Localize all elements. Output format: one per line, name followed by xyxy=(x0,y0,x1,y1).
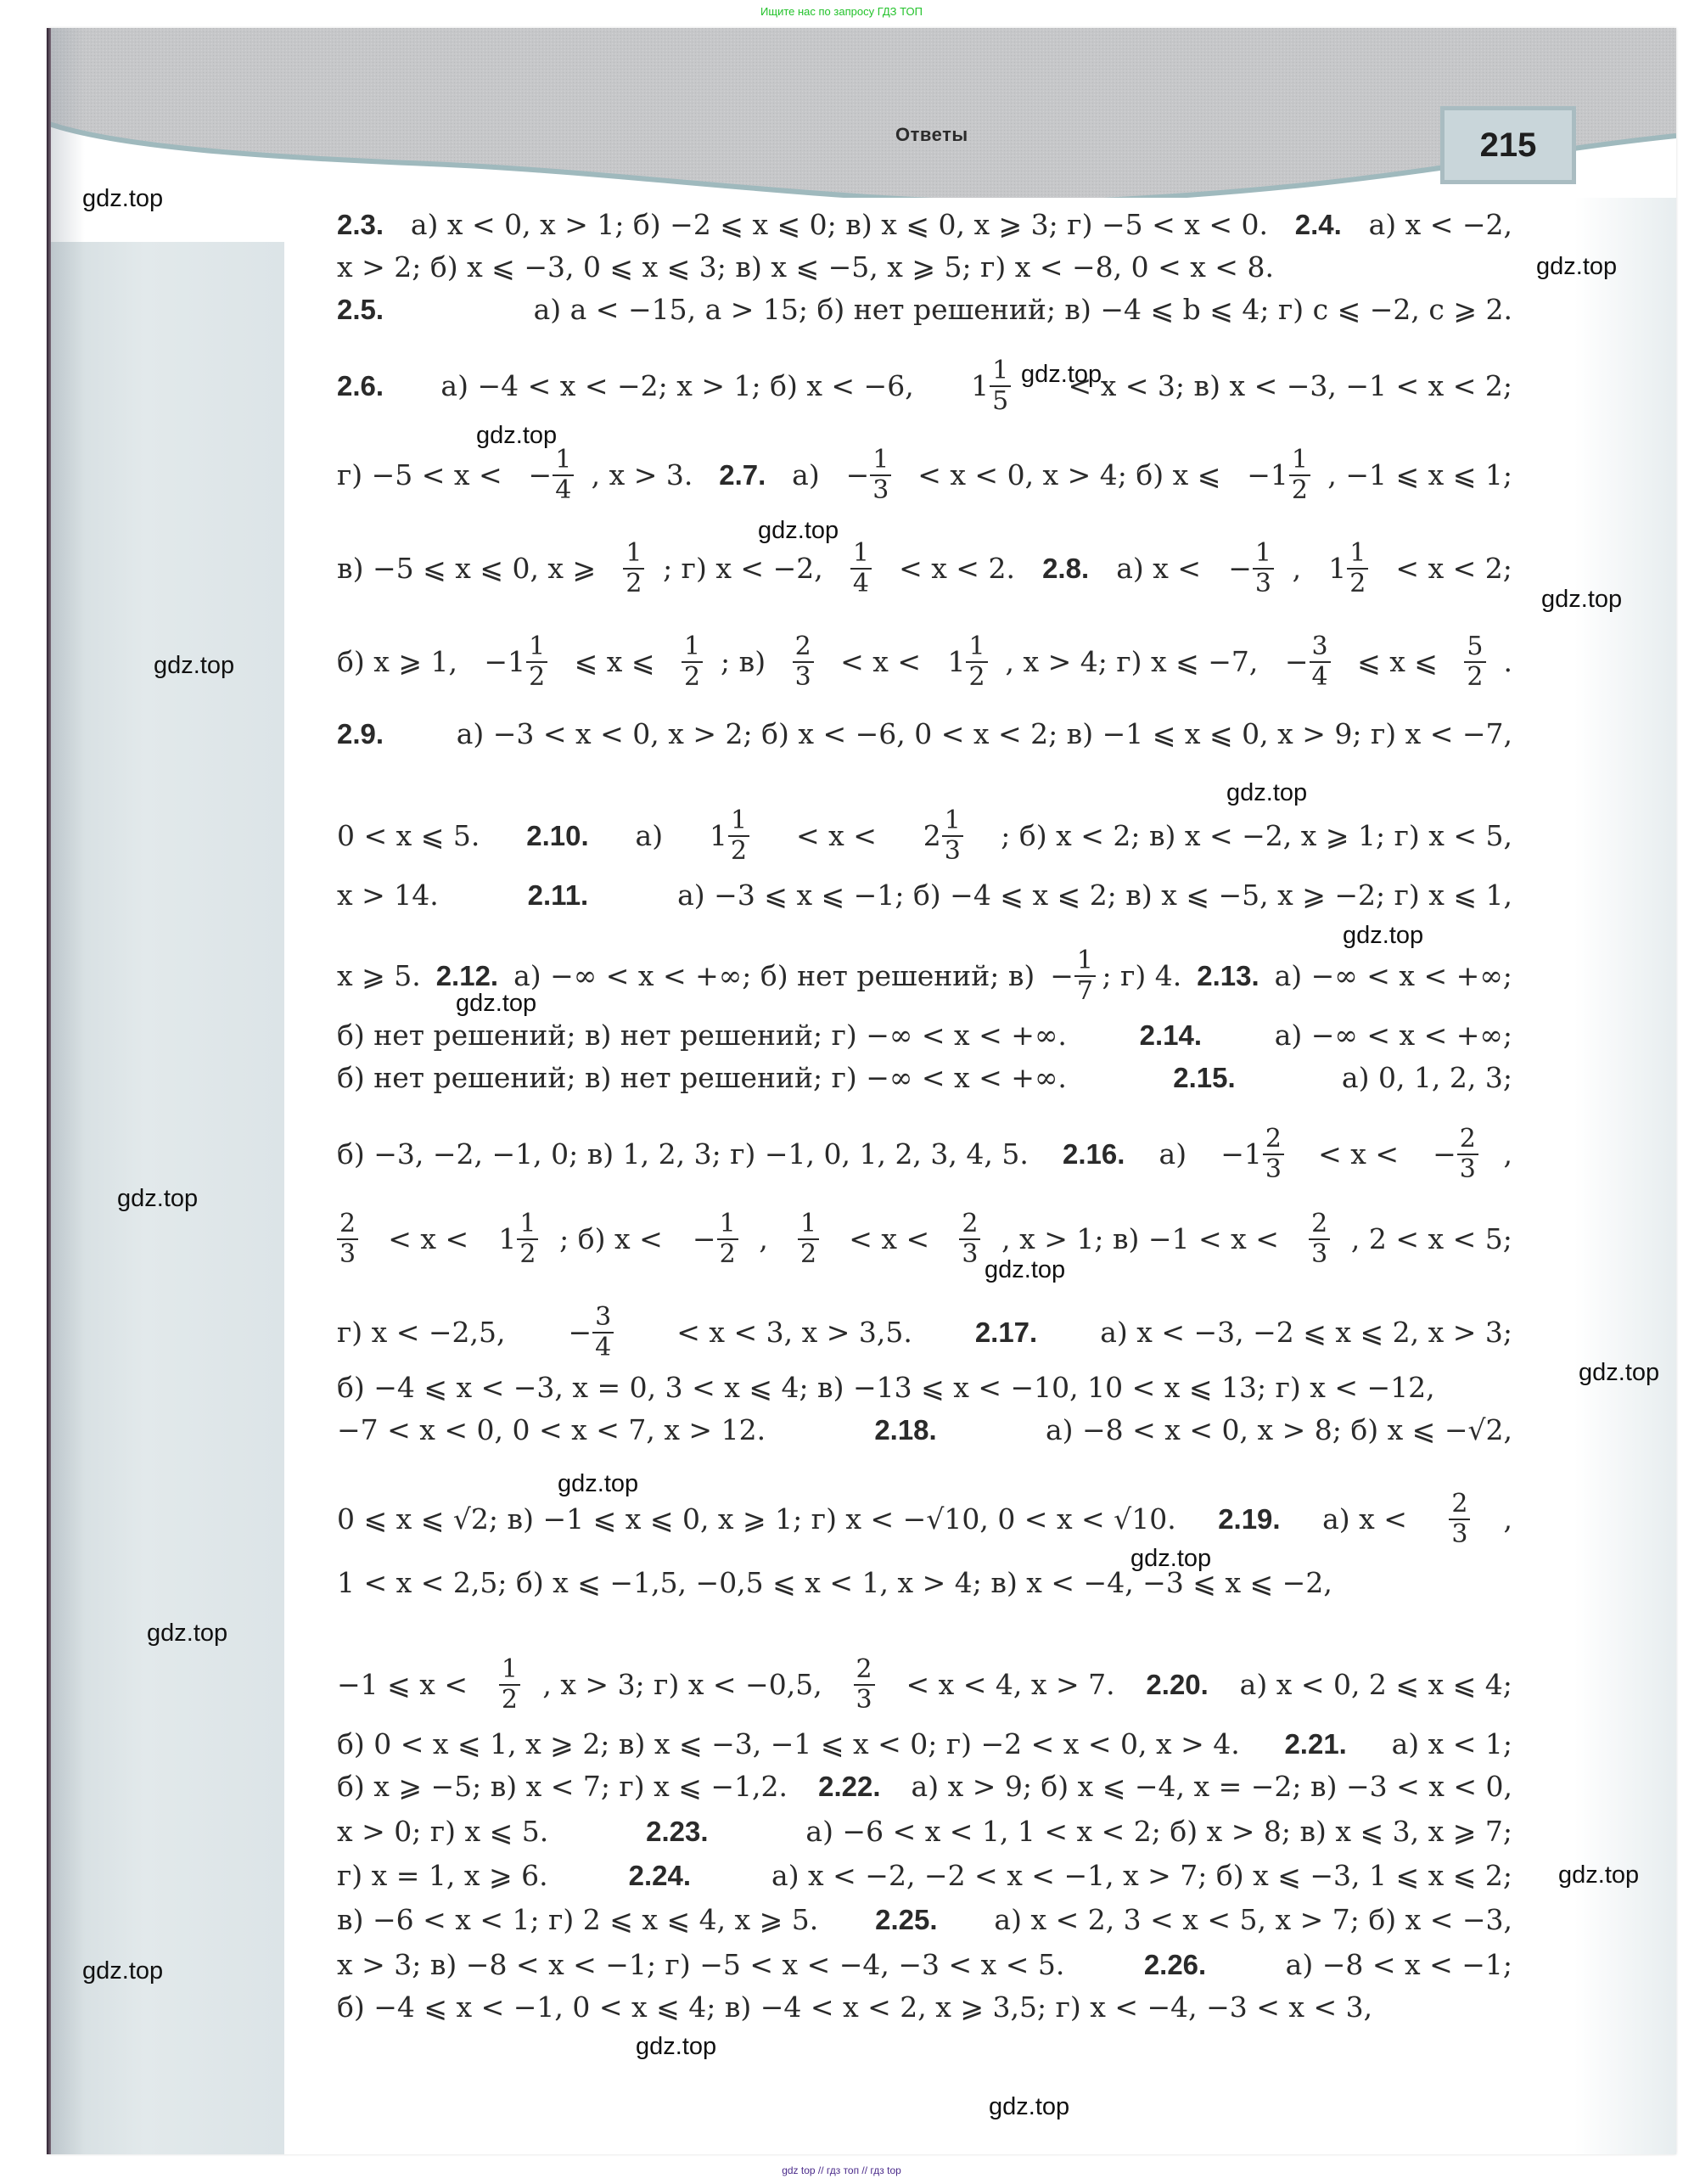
fraction: −123 xyxy=(1220,1125,1284,1184)
answer-text: , x > 4; г) x ⩽ −7, xyxy=(1006,645,1267,679)
fraction: 14 xyxy=(850,539,872,598)
fraction: −34 xyxy=(1285,632,1331,692)
answer-line: б) −3, −2, −1, 0; в) 1, 2, 3; г) −1, 0, … xyxy=(337,1125,1512,1184)
answer-line: x > 3; в) −8 < x < −1; г) −5 < x < −4, −… xyxy=(337,1948,1512,1982)
answer-text: < x < 3; в) x < −3, −1 < x < 2; xyxy=(1059,369,1512,403)
answer-text: г) x = 1, x ⩾ 6. xyxy=(337,1859,557,1893)
problem-number: 2.6. xyxy=(337,369,384,403)
watermark-text: gdz.top xyxy=(1558,1861,1639,1889)
fraction: 12 xyxy=(798,1210,819,1269)
answer-line: 2.9. а) −3 < x < 0, x > 2; б) x < −6, 0 … xyxy=(337,717,1512,751)
problem-number: 2.14. xyxy=(1140,1019,1202,1053)
answer-text: , −1 ⩽ x ⩽ 1; xyxy=(1327,458,1512,492)
problem-number: 2.7. xyxy=(719,458,766,492)
answer-text: а) xyxy=(1150,1137,1196,1171)
problem-number: 2.26. xyxy=(1144,1948,1206,1982)
answer-text: а) a < −15, a > 15; б) нет решений; в) −… xyxy=(525,293,1512,327)
answer-line: 0 ⩽ x ⩽ √2; в) −1 ⩽ x ⩽ 0, x ⩾ 1; г) x <… xyxy=(337,1490,1512,1549)
answer-line: 23 < x < 112; б) x < −12, 12 < x < 23, x… xyxy=(337,1210,1512,1269)
answer-text: а) −8 < x < −1; xyxy=(1276,1948,1512,1982)
answer-text: < x < xyxy=(379,1222,478,1256)
answer-text: а) −∞ < x < +∞; б) нет решений; в) xyxy=(505,959,1044,993)
answer-text: < x < 2. xyxy=(890,552,1024,586)
fraction: 12 xyxy=(682,632,703,692)
problem-number: 2.8. xyxy=(1042,552,1089,586)
answer-text: < x < 4, x > 7. xyxy=(897,1668,1124,1702)
answer-text: ⩽ x ⩽ xyxy=(565,645,664,679)
watermark-text: gdz.top xyxy=(1579,1359,1659,1387)
answer-text: г) −5 < x < xyxy=(337,458,511,492)
bottom-notice: gdz top // гдз топ // гдз top xyxy=(0,2164,1683,2176)
answer-text: ; б) x < 2; в) x < −2, x ⩾ 1; г) x < 5, xyxy=(1001,819,1512,853)
problem-number: 2.20. xyxy=(1146,1668,1208,1702)
answer-line: б) −4 ⩽ x < −1, 0 < x ⩽ 4; в) −4 < x < 2… xyxy=(337,1990,1512,2024)
watermark-text: gdz.top xyxy=(82,1957,163,1985)
fraction: 23 xyxy=(854,1655,875,1715)
fraction: 23 xyxy=(959,1210,980,1269)
answer-line: 2.5. а) a < −15, a > 15; б) нет решений;… xyxy=(337,293,1512,327)
answer-text: а) −∞ < x < +∞; xyxy=(1265,959,1512,993)
answer-line: б) x ⩾ −5; в) x < 7; г) x ⩽ −1,2. 2.22. … xyxy=(337,1770,1512,1804)
answer-text: < x < xyxy=(840,1222,939,1256)
answer-text: а) x < 0, x > 1; б) −2 ⩽ x ⩽ 0; в) x ⩽ 0… xyxy=(401,208,1276,242)
answer-line: б) −4 ⩽ x < −3, x = 0, 3 < x ⩽ 4; в) −13… xyxy=(337,1371,1512,1405)
answer-line: 2.3. а) x < 0, x > 1; б) −2 ⩽ x ⩽ 0; в) … xyxy=(337,208,1512,242)
problem-number: 2.23. xyxy=(646,1815,708,1849)
watermark-text: gdz.top xyxy=(558,1470,638,1498)
problem-number: 2.15. xyxy=(1173,1061,1235,1095)
answer-text: 0 < x ⩽ 5. xyxy=(337,819,489,853)
answer-text: ; г) 4. xyxy=(1102,959,1191,993)
fraction: −112 xyxy=(1247,446,1310,505)
answer-text: б) 0 < x ⩽ 1, x ⩾ 2; в) x ⩽ −3, −1 ⩽ x <… xyxy=(337,1727,1248,1761)
answer-text: б) −4 ⩽ x < −1, 0 < x ⩽ 4; в) −4 < x < 2… xyxy=(337,1990,1372,2024)
answer-line: −7 < x < 0, 0 < x < 7, x > 12. 2.18. а) … xyxy=(337,1413,1512,1447)
answer-text: а) x > 9; б) x ⩽ −4, x = −2; в) −3 < x <… xyxy=(902,1770,1512,1804)
problem-number: 2.17. xyxy=(975,1316,1037,1350)
fraction: 112 xyxy=(710,806,749,866)
answer-line: x > 2; б) x ⩽ −3, 0 ⩽ x ⩽ 3; в) x ⩽ −5, … xyxy=(337,250,1512,284)
problem-number: 2.24. xyxy=(629,1859,691,1893)
answer-line: в) −6 < x < 1; г) 2 ⩽ x ⩽ 4, x ⩾ 5. 2.25… xyxy=(337,1903,1512,1937)
answer-text: а) −6 < x < 1, 1 < x < 2; б) x > 8; в) x… xyxy=(797,1815,1512,1849)
page-header-band xyxy=(47,28,1676,198)
fraction: −112 xyxy=(484,632,547,692)
fraction: −13 xyxy=(846,446,892,505)
answer-text: , xyxy=(759,1222,777,1256)
problem-number: 2.13. xyxy=(1197,959,1259,993)
answer-text: в) −6 < x < 1; г) 2 ⩽ x ⩽ 4, x ⩾ 5. xyxy=(337,1903,827,1937)
answer-text: −7 < x < 0, 0 < x < 7, x > 12. xyxy=(337,1413,775,1447)
watermark-text: gdz.top xyxy=(117,1185,198,1213)
fraction: 23 xyxy=(337,1210,358,1269)
problem-number: 2.18. xyxy=(874,1413,936,1447)
problem-number: 2.9. xyxy=(337,717,384,751)
page-number-box: 215 xyxy=(1440,106,1576,184)
problem-number: 2.21. xyxy=(1284,1727,1346,1761)
fraction: 112 xyxy=(498,1210,538,1269)
answer-text: x > 3; в) −8 < x < −1; г) −5 < x < −4, −… xyxy=(337,1948,1074,1982)
answer-text: а) x < 1; xyxy=(1383,1727,1512,1761)
answer-text: в) −5 ⩽ x ⩽ 0, x ⩾ xyxy=(337,552,605,586)
watermark-text: gdz.top xyxy=(1541,586,1622,614)
answer-text: x > 2; б) x ⩽ −3, 0 ⩽ x ⩽ 3; в) x ⩽ −5, … xyxy=(337,250,1274,284)
watermark-text: gdz.top xyxy=(456,990,536,1018)
answer-text: а) −8 < x < 0, x > 8; б) x ⩽ −√2, xyxy=(1036,1413,1512,1447)
answer-text: , 2 < x < 5; xyxy=(1351,1222,1512,1256)
answer-text: б) нет решений; в) нет решений; г) −∞ < … xyxy=(337,1019,1075,1053)
answer-line: в) −5 ⩽ x ⩽ 0, x ⩾ 12; г) x < −2, 14 < x… xyxy=(337,539,1512,598)
page-number: 215 xyxy=(1480,126,1537,165)
answer-text: x > 0; г) x ⩽ 5. xyxy=(337,1815,558,1849)
answer-text: г) x < −2,5, xyxy=(337,1316,514,1350)
answer-line: б) нет решений; в) нет решений; г) −∞ < … xyxy=(337,1061,1512,1095)
problem-number: 2.3. xyxy=(337,208,384,242)
answer-text: −1 ⩽ x < xyxy=(337,1668,477,1702)
answer-text: а) x < −3, −2 ⩽ x ⩽ 2, x > 3; xyxy=(1091,1316,1512,1350)
answer-text: x > 14. xyxy=(337,879,447,912)
fraction: 12 xyxy=(499,1655,520,1715)
fraction: 52 xyxy=(1464,632,1485,692)
answer-text: , x > 1; в) −1 < x < xyxy=(1001,1222,1287,1256)
answer-line: б) нет решений; в) нет решений; г) −∞ < … xyxy=(337,1019,1512,1053)
answer-text: , xyxy=(1293,552,1310,586)
answer-line: г) x = 1, x ⩾ 6. 2.24. а) x < −2, −2 < x… xyxy=(337,1859,1512,1893)
fraction: 112 xyxy=(1328,539,1368,598)
answer-text: < x < 0, x > 4; б) x ⩽ xyxy=(909,458,1230,492)
fraction: 23 xyxy=(1449,1490,1470,1549)
fraction: −34 xyxy=(569,1303,614,1362)
problem-number: 2.4. xyxy=(1295,208,1342,242)
answer-text: < x < 2; xyxy=(1387,552,1512,586)
answer-text: , xyxy=(1503,1502,1512,1536)
fraction: 12 xyxy=(623,539,644,598)
watermark-text: gdz.top xyxy=(1130,1545,1211,1573)
answer-line: г) −5 < x < −14, x > 3. 2.7. а) −13 < x … xyxy=(337,446,1512,505)
answer-text: , xyxy=(1504,1137,1513,1171)
answer-text: а) x < 0, 2 ⩽ x ⩽ 4; xyxy=(1231,1668,1512,1702)
answer-line: x > 0; г) x ⩽ 5. 2.23. а) −6 < x < 1, 1 … xyxy=(337,1815,1512,1849)
fraction: 23 xyxy=(1309,1210,1330,1269)
answer-line: г) x < −2,5, −34 < x < 3, x > 3,5. 2.17.… xyxy=(337,1303,1512,1362)
answer-text: б) −3, −2, −1, 0; в) 1, 2, 3; г) −1, 0, … xyxy=(337,1137,1037,1171)
watermark-text: gdz.top xyxy=(1021,361,1102,389)
fraction: −23 xyxy=(1433,1125,1478,1184)
problem-number: 2.11. xyxy=(528,879,589,912)
answer-text: , x > 3; г) x < −0,5, xyxy=(542,1668,831,1702)
fraction: −12 xyxy=(693,1210,738,1269)
problem-number: 2.12. xyxy=(436,959,498,993)
fraction: 23 xyxy=(793,632,814,692)
problem-number: 2.22. xyxy=(818,1770,880,1804)
watermark-text: gdz.top xyxy=(985,1256,1065,1284)
problem-number: 2.19. xyxy=(1218,1502,1280,1536)
answer-text: < x < xyxy=(832,645,930,679)
watermark-text: gdz.top xyxy=(636,2033,716,2061)
answer-text: < x < xyxy=(1310,1137,1408,1171)
answer-text: б) −4 ⩽ x < −3, x = 0, 3 < x ⩽ 4; в) −13… xyxy=(337,1371,1435,1405)
answer-text: б) x ⩾ −5; в) x < 7; г) x ⩽ −1,2. xyxy=(337,1770,797,1804)
answer-text: < x < 3, x > 3,5. xyxy=(668,1316,922,1350)
problem-number: 2.25. xyxy=(875,1903,937,1937)
answer-text: ; б) x < xyxy=(559,1222,671,1256)
problem-number: 2.10. xyxy=(526,819,588,853)
watermark-text: gdz.top xyxy=(147,1620,227,1648)
watermark-text: gdz.top xyxy=(82,185,163,213)
answer-text: а) x < xyxy=(1108,552,1210,586)
watermark-text: gdz.top xyxy=(989,2093,1069,2121)
top-notice: Ищите нас по запросу ГДЗ ТОП xyxy=(0,5,1683,18)
answer-text: а) x < −2, xyxy=(1360,208,1512,242)
answer-text: а) x < 2, 3 < x < 5, x > 7; б) x < −3, xyxy=(985,1903,1512,1937)
answer-text: ; в) xyxy=(721,645,775,679)
answer-text: а) −4 < x < −2; x > 1; б) x < −6, xyxy=(432,369,923,403)
problem-number: 2.16. xyxy=(1063,1137,1125,1171)
watermark-text: gdz.top xyxy=(758,517,839,545)
fraction: −17 xyxy=(1050,946,1096,1006)
header-wave-shape xyxy=(47,28,1676,198)
answer-text: а) xyxy=(626,819,672,853)
answer-text: а) −3 < x < 0, x > 2; б) x < −6, 0 < x <… xyxy=(447,717,1512,751)
answer-text: а) 0, 1, 2, 3; xyxy=(1332,1061,1512,1095)
fraction: 115 xyxy=(971,357,1011,416)
answer-text: а) xyxy=(783,458,829,492)
answer-text: < x < xyxy=(788,819,886,853)
answer-text: ⩽ x ⩽ xyxy=(1349,645,1447,679)
watermark-text: gdz.top xyxy=(1343,922,1423,950)
answer-line: x > 14. 2.11. а) −3 ⩽ x ⩽ −1; б) −4 ⩽ x … xyxy=(337,879,1512,912)
answer-text: ; г) x < −2, xyxy=(663,552,832,586)
answer-text: а) x < xyxy=(1314,1502,1417,1536)
answer-text: , x > 3. xyxy=(592,458,702,492)
watermark-text: gdz.top xyxy=(1536,253,1617,281)
fraction: −14 xyxy=(529,446,575,505)
answer-text: x ⩾ 5. xyxy=(337,959,429,993)
answer-text: а) −∞ < x < +∞; xyxy=(1265,1019,1512,1053)
answer-text: 0 ⩽ x ⩽ √2; в) −1 ⩽ x ⩽ 0, x ⩾ 1; г) x <… xyxy=(337,1502,1185,1536)
answer-line: 0 < x ⩽ 5. 2.10. а) 112 < x < 213; б) x … xyxy=(337,806,1512,866)
watermark-text: gdz.top xyxy=(476,422,557,450)
problem-number: 2.5. xyxy=(337,293,384,327)
answer-text: . xyxy=(1503,645,1512,679)
fraction: −13 xyxy=(1228,539,1274,598)
answer-text: а) −3 ⩽ x ⩽ −1; б) −4 ⩽ x ⩽ 2; в) x ⩽ −5… xyxy=(669,879,1512,912)
answer-text: б) x ⩾ 1, xyxy=(337,645,466,679)
answer-line: б) x ⩾ 1, −112 ⩽ x ⩽ 12; в) 23 < x < 112… xyxy=(337,632,1512,692)
spine-shadow xyxy=(51,28,85,2154)
answer-line: 1 < x < 2,5; б) x ⩽ −1,5, −0,5 ⩽ x < 1, … xyxy=(337,1566,1512,1600)
answer-text: а) x < −2, −2 < x < −1, x > 7; б) x ⩽ −3… xyxy=(763,1859,1512,1893)
answer-text: б) нет решений; в) нет решений; г) −∞ < … xyxy=(337,1061,1075,1095)
answer-line: б) 0 < x ⩽ 1, x ⩾ 2; в) x ⩽ −3, −1 ⩽ x <… xyxy=(337,1727,1512,1761)
section-title: Ответы xyxy=(895,124,968,146)
answer-line: 2.6. а) −4 < x < −2; x > 1; б) x < −6, 1… xyxy=(337,357,1512,416)
fraction: 112 xyxy=(947,632,987,692)
answer-line: −1 ⩽ x < 12, x > 3; г) x < −0,5, 23 < x … xyxy=(337,1655,1512,1715)
watermark-text: gdz.top xyxy=(154,652,234,680)
watermark-text: gdz.top xyxy=(1226,779,1307,807)
fraction: 213 xyxy=(923,806,963,866)
